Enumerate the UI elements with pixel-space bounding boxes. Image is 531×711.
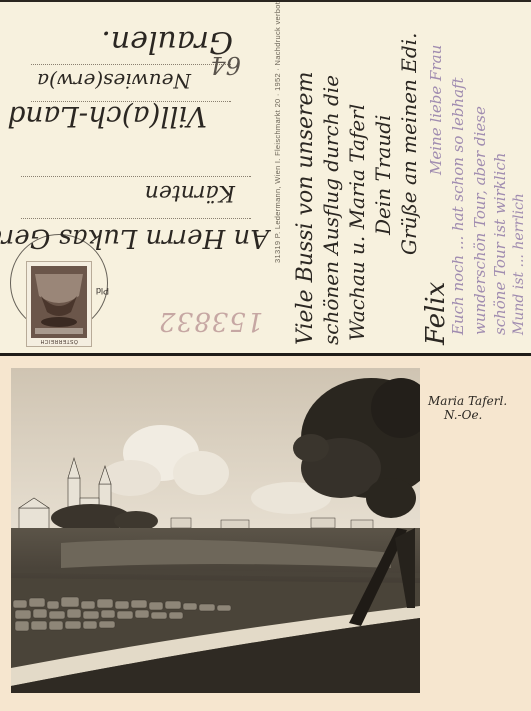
address-line-4: Kärnten xyxy=(145,180,235,205)
pencil-inventory-number: 153832 xyxy=(158,306,263,336)
purple-line-2: Euch noch ... hat schon so lebhaft xyxy=(449,77,467,335)
address-dotted-line-4 xyxy=(21,218,251,219)
signature: Felix xyxy=(421,282,451,345)
purple-line-4: schöne Tour ist wirklich xyxy=(491,153,509,335)
message-line-4: Dein Traudi xyxy=(371,115,395,235)
stamp-image xyxy=(31,266,87,338)
purple-line-1: Meine liebe Frau xyxy=(427,45,445,175)
message-line-1: Viele Bussi von unserem xyxy=(293,72,318,345)
postcard-front: Maria Taferl. N.-Oe. xyxy=(0,356,531,711)
stamp-country: ÖSTERREICH xyxy=(31,338,87,344)
postmark-text: Pld xyxy=(96,286,109,296)
publisher-imprint: 31319 P. Ledermann, Wien I. Fleischmarkt… xyxy=(273,0,282,263)
postcard-back: Graulen. Neuwies(erw)a 64 Vill(a)ch-Land… xyxy=(0,0,531,355)
landscape-photo xyxy=(11,368,420,693)
purple-line-5: Mund ist ... herrlich xyxy=(511,193,527,335)
postage-stamp: ÖSTERREICH xyxy=(26,261,92,347)
photo-caption: Maria Taferl. N.-Oe. xyxy=(428,394,507,422)
address-dotted-line-3 xyxy=(21,176,251,177)
message-line-5: Grüße an meinen Edi. xyxy=(397,33,421,255)
address-line-3: Vill(a)ch-Land xyxy=(7,100,207,133)
caption-region: N.-Oe. xyxy=(428,408,507,422)
floor-mark: 64 xyxy=(210,51,241,79)
address-dotted-line-1 xyxy=(31,64,231,65)
caption-title: Maria Taferl. xyxy=(428,394,507,408)
message-line-3: Wachau u. Maria Taferl xyxy=(345,104,369,341)
purple-line-3: wunderschön Tour, aber diese xyxy=(471,106,489,335)
address-line-2: Neuwies(erw)a xyxy=(37,69,191,93)
message-line-2: schönen Ausflug durch die xyxy=(319,75,343,345)
